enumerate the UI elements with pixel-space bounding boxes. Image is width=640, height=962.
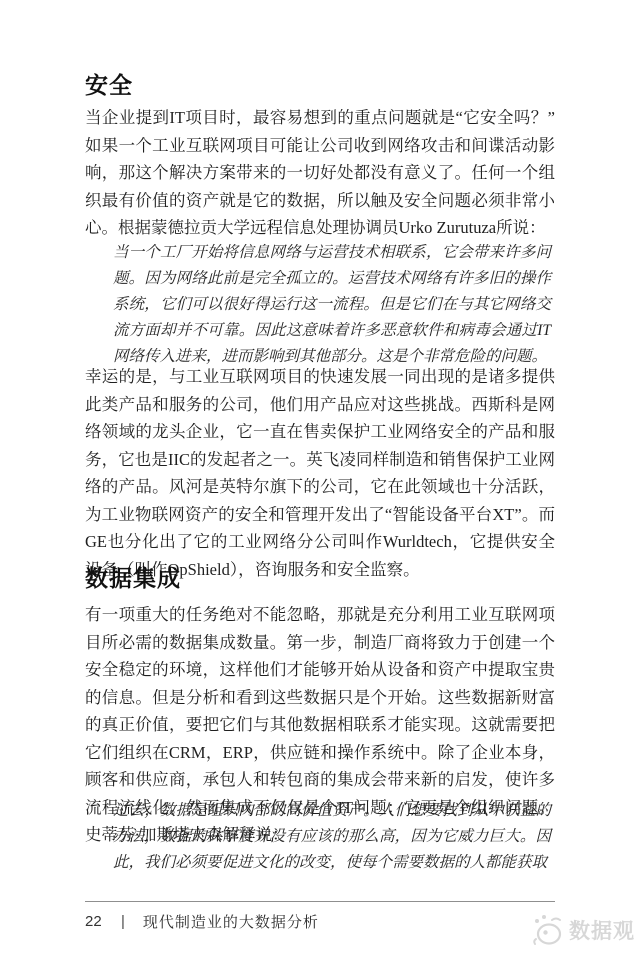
paragraph-security-intro: 当企业提到IT项目时，最容易想到的重点问题就是“它安全吗？” 如果一个工业互联网…	[85, 104, 555, 242]
paragraph-security-vendors: 幸运的是，与工业互联网项目的快速发展一同出现的是诸多提供此类产品和服务的公司，他…	[85, 363, 555, 583]
page-footer: 22 | 现代制造业的大数据分析	[85, 911, 555, 932]
page-number: 22	[85, 913, 107, 930]
section-heading-security: 安全	[85, 71, 555, 99]
book-title: 现代制造业的大数据分析	[143, 911, 319, 932]
blockquote-gustafson: 过去，数据是组织内部的高价值资产。人们想要找到从中获益的办法，数据的共享度并没有…	[113, 798, 551, 876]
blockquote-urko-zurutuza: 当一个工厂开始将信息网络与运营技术相联系，它会带来许多问题。因为网络此前是完全孤…	[113, 240, 551, 370]
watermark-label: 数据观	[569, 915, 635, 945]
section-heading-data-integration: 数据集成	[85, 564, 555, 592]
footer-divider-line	[85, 901, 555, 902]
watermark: 数据观	[532, 912, 635, 948]
footer-separator: |	[121, 913, 125, 930]
dataview-logo-icon	[532, 912, 566, 948]
book-page: 安全 当企业提到IT项目时，最容易想到的重点问题就是“它安全吗？” 如果一个工业…	[0, 0, 640, 962]
